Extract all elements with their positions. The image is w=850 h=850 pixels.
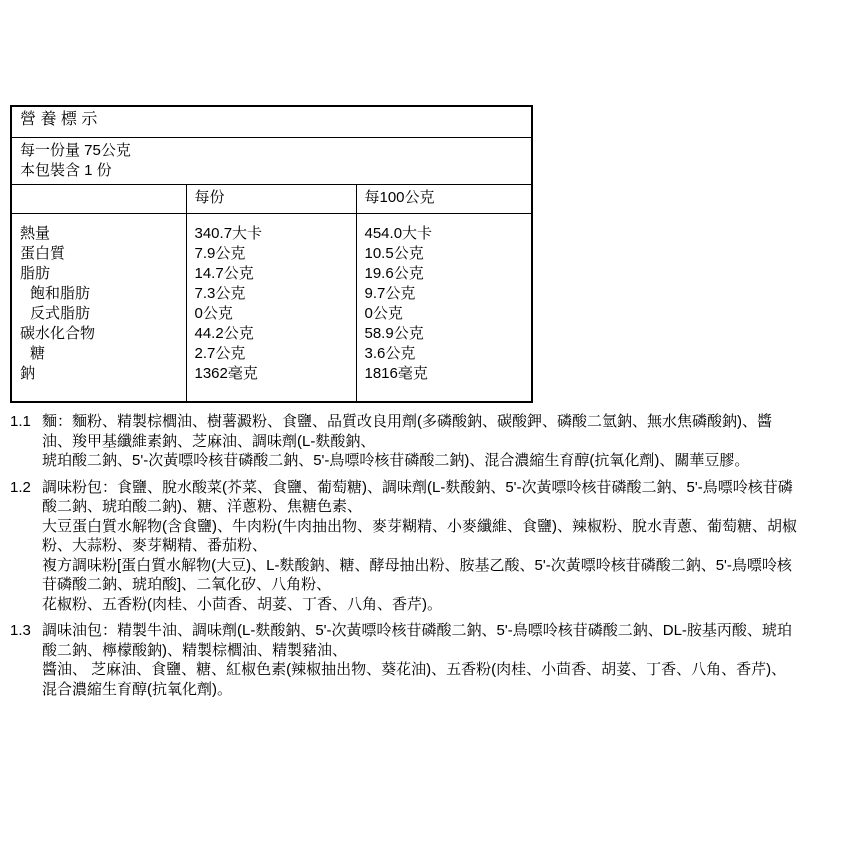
nutrition-title-row: 營 養 標 示 — [11, 106, 532, 138]
nutrient-label: 飽和脂肪 — [20, 284, 178, 304]
ingredient-line: 粉、大蒜粉、麥芽糊精、番茄粉、 — [42, 536, 846, 556]
nutrient-label: 蛋白質 — [20, 244, 178, 264]
nutrition-title: 營 養 標 示 — [11, 106, 532, 138]
ingredient-section-seasoning-oil: 1.3 調味油包：精製牛油、調味劑(L-麩酸鈉、5'-次黃嘌呤核苷磷酸二鈉、5'… — [10, 621, 846, 699]
ingredient-section-seasoning-powder: 1.2 調味粉包：食鹽、脫水酸菜(芥菜、食鹽、葡萄糖)、調味劑(L-麩酸鈉、5'… — [10, 478, 846, 615]
nutrient-label: 熱量 — [20, 224, 178, 244]
per-serving-value: 14.7公克 — [195, 264, 348, 284]
section-text: 麵：麵粉、精製棕櫚油、樹薯澱粉、食鹽、品質改良用劑(多磷酸鈉、碳酸鉀、磷酸二氫鈉… — [42, 412, 846, 471]
nutrient-label: 反式脂肪 — [20, 304, 178, 324]
section-number: 1.1 — [10, 412, 42, 471]
ingredient-line: 複方調味粉[蛋白質水解物(大豆)、L-麩酸鈉、糖、酵母抽出粉、胺基乙酸、5'-次… — [42, 556, 846, 576]
per-100g-value: 454.0大卡 — [365, 224, 524, 244]
column-header-empty — [11, 185, 186, 214]
section-number: 1.3 — [10, 621, 42, 699]
ingredient-line: 醬油、 芝麻油、食鹽、糖、紅椒色素(辣椒抽出物、葵花油)、五香粉(肉桂、小茴香、… — [42, 660, 846, 680]
per-serving-value: 340.7大卡 — [195, 224, 348, 244]
ingredient-line: 麵：麵粉、精製棕櫚油、樹薯澱粉、食鹽、品質改良用劑(多磷酸鈉、碳酸鉀、磷酸二氫鈉… — [42, 412, 846, 432]
ingredient-line: 苷磷酸二鈉、琥珀酸]、二氧化矽、八角粉、 — [42, 575, 846, 595]
ingredient-line: 調味油包：精製牛油、調味劑(L-麩酸鈉、5'-次黃嘌呤核苷磷酸二鈉、5'-鳥嘌呤… — [42, 621, 846, 641]
serving-info-cell: 每一份量 75公克 本包裝含 1 份 — [11, 138, 532, 185]
per-100g-value: 9.7公克 — [365, 284, 524, 304]
ingredient-line: 花椒粉、五香粉(肉桂、小茴香、胡荽、丁香、八角、香芹)。 — [42, 595, 846, 615]
ingredient-section-noodle: 1.1 麵：麵粉、精製棕櫚油、樹薯澱粉、食鹽、品質改良用劑(多磷酸鈉、碳酸鉀、磷… — [10, 412, 846, 471]
section-text: 調味油包：精製牛油、調味劑(L-麩酸鈉、5'-次黃嘌呤核苷磷酸二鈉、5'-鳥嘌呤… — [42, 621, 846, 699]
servings-per-package-text: 本包裝含 1 份 — [20, 161, 523, 181]
nutrition-table: 營 養 標 示 每一份量 75公克 本包裝含 1 份 每份 每100公克 熱量 … — [10, 105, 533, 403]
ingredient-line: 酸二鈉、檸檬酸鈉)、精製棕櫚油、精製豬油、 — [42, 641, 846, 661]
ingredient-line: 大豆蛋白質水解物(含食鹽)、牛肉粉(牛肉抽出物、麥芽糊精、小麥纖維、食鹽)、辣椒… — [42, 517, 846, 537]
per-100g-value: 1816毫克 — [365, 364, 524, 384]
per-serving-values-cell: 340.7大卡 7.9公克 14.7公克 7.3公克 0公克 44.2公克 2.… — [186, 214, 356, 403]
per-serving-value: 7.3公克 — [195, 284, 348, 304]
ingredient-line: 琥珀酸二鈉、5'-次黃嘌呤核苷磷酸二鈉、5'-鳥嘌呤核苷磷酸二鈉)、混合濃縮生育… — [42, 451, 846, 471]
per-100g-value: 58.9公克 — [365, 324, 524, 344]
column-header-per-serving: 每份 — [186, 185, 356, 214]
per-serving-value: 1362毫克 — [195, 364, 348, 384]
ingredient-line: 酸二鈉、琥珀酸二鈉)、糖、洋蔥粉、焦糖色素、 — [42, 497, 846, 517]
per-serving-value: 7.9公克 — [195, 244, 348, 264]
per-serving-value: 0公克 — [195, 304, 348, 324]
document-page: 營 養 標 示 每一份量 75公克 本包裝含 1 份 每份 每100公克 熱量 … — [0, 0, 850, 850]
per-100g-value: 10.5公克 — [365, 244, 524, 264]
per-serving-value: 2.7公克 — [195, 344, 348, 364]
nutrient-label: 鈉 — [20, 364, 178, 384]
per-100g-value: 19.6公克 — [365, 264, 524, 284]
column-header-row: 每份 每100公克 — [11, 185, 532, 214]
column-header-per-100g: 每100公克 — [356, 185, 532, 214]
nutrient-label: 糖 — [20, 344, 178, 364]
nutrient-labels-cell: 熱量 蛋白質 脂肪 飽和脂肪 反式脂肪 碳水化合物 糖 鈉 — [11, 214, 186, 403]
ingredient-line: 混合濃縮生育醇(抗氧化劑)。 — [42, 680, 846, 700]
section-number: 1.2 — [10, 478, 42, 615]
nutrition-values-row: 熱量 蛋白質 脂肪 飽和脂肪 反式脂肪 碳水化合物 糖 鈉 340.7大卡 7.… — [11, 214, 532, 403]
serving-size-text: 每一份量 75公克 — [20, 141, 523, 161]
per-100g-values-cell: 454.0大卡 10.5公克 19.6公克 9.7公克 0公克 58.9公克 3… — [356, 214, 532, 403]
ingredients-list: 1.1 麵：麵粉、精製棕櫚油、樹薯澱粉、食鹽、品質改良用劑(多磷酸鈉、碳酸鉀、磷… — [10, 412, 846, 706]
section-text: 調味粉包：食鹽、脫水酸菜(芥菜、食鹽、葡萄糖)、調味劑(L-麩酸鈉、5'-次黃嘌… — [42, 478, 846, 615]
nutrient-label: 脂肪 — [20, 264, 178, 284]
ingredient-line: 調味粉包：食鹽、脫水酸菜(芥菜、食鹽、葡萄糖)、調味劑(L-麩酸鈉、5'-次黃嘌… — [42, 478, 846, 498]
nutrient-label: 碳水化合物 — [20, 324, 178, 344]
ingredient-line: 油、羧甲基纖維素鈉、芝麻油、調味劑(L-麩酸鈉、 — [42, 432, 846, 452]
per-100g-value: 3.6公克 — [365, 344, 524, 364]
per-serving-value: 44.2公克 — [195, 324, 348, 344]
per-100g-value: 0公克 — [365, 304, 524, 324]
serving-info-row: 每一份量 75公克 本包裝含 1 份 — [11, 138, 532, 185]
